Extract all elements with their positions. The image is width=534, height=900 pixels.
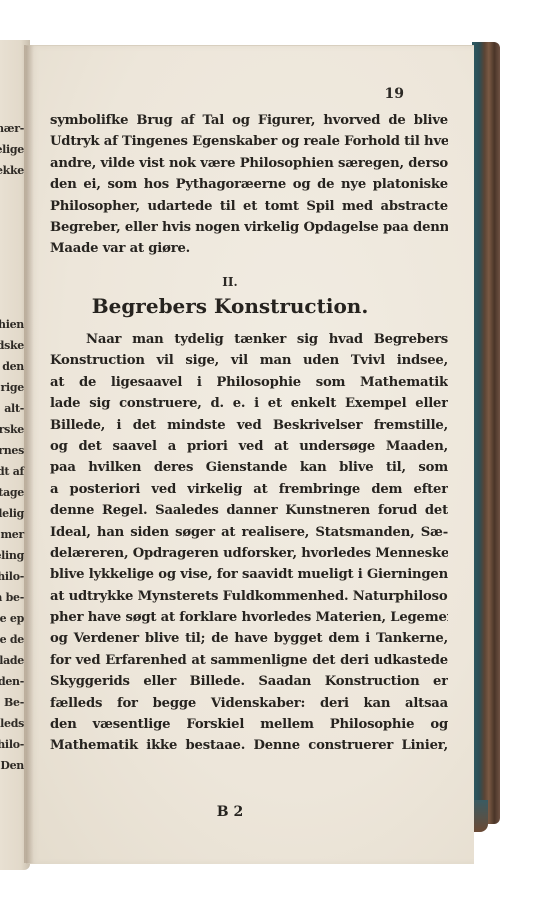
text-line: den væsentlige Forskiel mellem Philosoph…: [50, 714, 448, 735]
section-title: Begrebers Konstruction.: [26, 294, 474, 318]
signature-mark: B 2: [26, 804, 474, 820]
left-page-fragment: dtage: [0, 486, 24, 500]
text-line: denne Regel. Saaledes danner Kunstneren …: [50, 500, 448, 521]
left-page-fragment: hien: [0, 318, 24, 332]
left-page-fragment: dske: [0, 339, 24, 353]
left-page-fragment: de de: [0, 633, 24, 647]
text-line: blive lykkelige og vise, for saavidt mue…: [50, 564, 448, 585]
text-line: at de ligesaavel i Philosophie som Mathe…: [50, 372, 448, 393]
left-page-fragment: gdelig: [0, 507, 24, 521]
left-page-fragment: ernes: [0, 444, 24, 458]
left-page-fragment: n be-: [0, 591, 24, 605]
left-page-fragment: lade: [0, 654, 24, 668]
left-page-fragment: nær-: [0, 122, 24, 136]
text-line: Skyggerids eller Billede. Saadan Konstru…: [50, 671, 448, 692]
text-line: symbolifke Brug af Tal og Figurer, hvorv…: [50, 110, 448, 131]
left-page-fragment: elige: [0, 143, 24, 157]
left-page-fragment: hilo-: [0, 570, 24, 584]
gutter-shadow: [24, 45, 34, 863]
left-page-fragment: mer: [0, 528, 24, 542]
left-page-fragment: dt af: [0, 465, 24, 479]
body-paragraph: Naar man tydelig tænker sig hvad Begrebe…: [50, 329, 448, 757]
book-cover-edge: [472, 42, 500, 824]
text-line: fælleds for begge Videnskaber: deri kan …: [50, 693, 448, 714]
text-line: Philosopher, udartede til et tomt Spil m…: [50, 196, 448, 217]
text-line: paa hvilken deres Gienstande kan blive t…: [50, 457, 448, 478]
text-line: lade sig construere, d. e. i et enkelt E…: [50, 393, 448, 414]
text-line: og det saavel a priori ved at undersøge …: [50, 436, 448, 457]
left-page-fragment: deling: [0, 549, 24, 563]
left-page-fragment: alt-: [4, 402, 24, 416]
left-page-fragment: den: [2, 360, 24, 374]
left-page-fragment: ælleds: [0, 717, 24, 731]
left-page-fragment: rige: [1, 381, 24, 395]
section-number: II.: [26, 275, 474, 289]
text-line: a posteriori ved virkelig at frembringe …: [50, 479, 448, 500]
text-line: Konstruction vil sige, vil man uden Tviv…: [50, 350, 448, 371]
text-line: den ei, som hos Pythagoræerne og de nye …: [50, 174, 448, 195]
left-page-fragment: forske: [0, 423, 24, 437]
left-page-fragment: iden-: [0, 675, 24, 689]
left-page-fragment: Philo-: [0, 738, 24, 752]
text-line: at udtrykke Mynsterets Fuldkommenhed. Na…: [50, 586, 448, 607]
text-line: pher have søgt at forklare hvorledes Mat…: [50, 607, 448, 628]
text-line: Ideal, han siden søger at realisere, Sta…: [50, 522, 448, 543]
text-line: for ved Erfarenhed at sammenligne det de…: [50, 650, 448, 671]
text-line: Billede, i det mindste ved Beskrivelser …: [50, 415, 448, 436]
text-line: og Verdener blive til; de have bygget de…: [50, 628, 448, 649]
text-line: delæreren, Opdrageren udforsker, hvorled…: [50, 543, 448, 564]
page-number: 19: [385, 86, 404, 102]
text-line: Mathematik ikke bestaae. Denne construer…: [50, 735, 448, 756]
left-page-fragment: e ep: [0, 612, 24, 626]
text-line: andre, vilde vist nok være Philosophien …: [50, 153, 448, 174]
text-line: Begreber, eller hvis nogen virkelig Opda…: [50, 217, 448, 238]
text-line: Naar man tydelig tænker sig hvad Begrebe…: [50, 329, 448, 350]
text-line: Maade var at giøre.: [50, 238, 448, 259]
top-paragraph: symbolifke Brug af Tal og Figurer, hvorv…: [50, 110, 448, 260]
left-page-fragment: Be-: [4, 696, 24, 710]
left-page-fragment: ekke: [0, 164, 24, 178]
text-line: Udtryk af Tingenes Egenskaber og reale F…: [50, 131, 448, 152]
book-page: 19 symbolifke Brug af Tal og Figurer, hv…: [26, 45, 474, 864]
left-page-fragment: Den: [0, 759, 24, 773]
